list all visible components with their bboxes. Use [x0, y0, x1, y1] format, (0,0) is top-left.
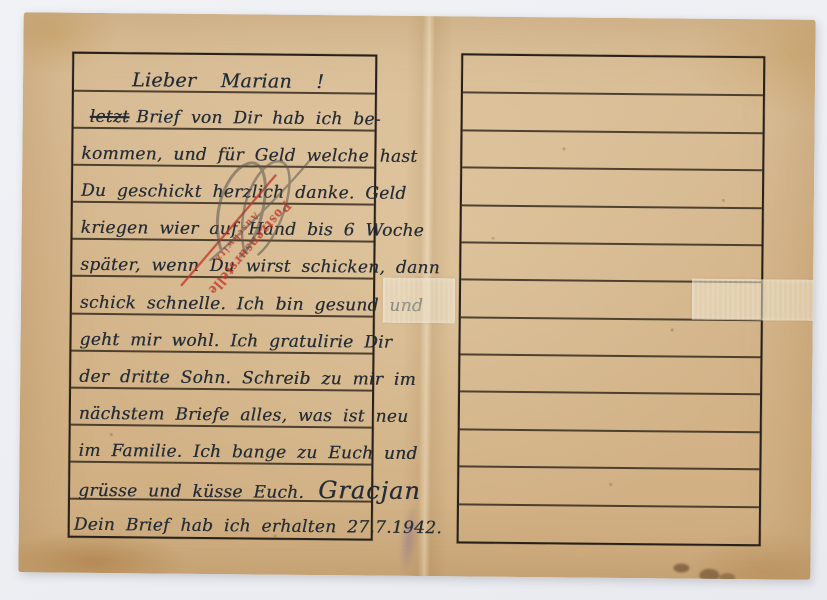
- ruled-line: [462, 167, 762, 172]
- letter-line: im Familie. Ich bange zu Euch und: [78, 440, 417, 465]
- ruled-line: [463, 129, 763, 134]
- letter-line: der dritte Sohn. Schreib zu mir im: [79, 365, 416, 390]
- signature: Gracjan: [318, 476, 421, 505]
- photo-background: Lieber Marian !letztBrief von Dir hab ic…: [0, 0, 827, 600]
- ruled-line: [459, 503, 759, 508]
- letter-line: schick schnelle. Ich bin gesund und: [80, 291, 423, 316]
- ruled-line: [460, 391, 760, 396]
- letter-line-text: nächstem Briefe alles, was ist neu: [79, 404, 409, 427]
- ruled-line: [460, 353, 760, 358]
- letter-line-text: Dein Brief hab ich erhalten 27.7.1942.: [74, 515, 442, 539]
- tape-repair-center: [383, 278, 455, 324]
- tape-repair-right: [692, 279, 816, 321]
- ruled-line: [459, 466, 759, 471]
- letter-line-text: im Familie. Ich bange zu Euch und: [78, 441, 417, 464]
- ruled-line: [462, 204, 762, 209]
- stain-bottom-right: [673, 563, 689, 572]
- letter-line: Lieber Marian !: [132, 69, 324, 93]
- letter-line: letztBrief von Dir hab ich be-: [90, 106, 381, 131]
- letter-line-text: Brief von Dir hab ich be-: [136, 107, 381, 129]
- pencil-scribble: [198, 148, 319, 269]
- letter-line: geht mir wohl. Ich gratulirie Dir: [79, 328, 392, 353]
- paper-speckles: [24, 12, 27, 15]
- letter-line: grüsse und küsse Euch.Gracjan: [78, 477, 421, 502]
- letter-paper: Lieber Marian !letztBrief von Dir hab ic…: [18, 12, 815, 580]
- left-page: Lieber Marian !letztBrief von Dir hab ic…: [68, 52, 378, 541]
- ruled-line: [460, 428, 760, 433]
- struck-word: letzt: [90, 107, 130, 127]
- letter-line-text: geht mir wohl. Ich gratulirie Dir: [79, 329, 392, 352]
- letter-line-text: der dritte Sohn. Schreib zu mir im: [79, 366, 416, 389]
- letter-line: nächstem Briefe alles, was ist neu: [79, 403, 409, 428]
- letter-line-text: Lieber Marian !: [132, 69, 324, 93]
- letter-line-text: grüsse und küsse Euch.: [78, 481, 304, 503]
- letter-line-text: schick schnelle. Ich bin gesund und: [80, 292, 423, 315]
- letter-text: Lieber Marian !letztBrief von Dir hab ic…: [70, 54, 376, 539]
- ruled-line: [463, 92, 763, 97]
- ruled-line: [462, 241, 762, 246]
- letter-line: Dein Brief hab ich erhalten 27.7.1942.: [74, 514, 442, 540]
